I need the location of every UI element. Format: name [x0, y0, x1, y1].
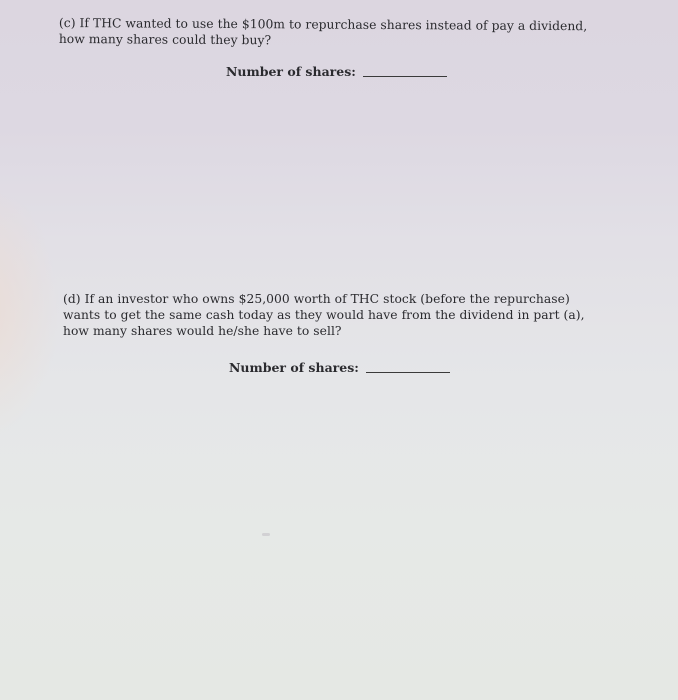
question-c-text: (c) If THC wanted to use the $100m to re…: [59, 15, 614, 50]
question-d-answer-row: Number of shares:: [229, 360, 450, 375]
question-c-answer-row: Number of shares:: [226, 64, 447, 79]
question-c-answer-label: Number of shares:: [226, 64, 356, 79]
question-d-answer-label: Number of shares:: [229, 360, 359, 375]
question-d-answer-blank[interactable]: [366, 360, 450, 373]
lighting-glare: [0, 180, 60, 440]
question-c-answer-blank[interactable]: [363, 64, 447, 77]
question-d-text: (d) If an investor who owns $25,000 wort…: [63, 291, 611, 339]
paper-speck: [262, 533, 270, 536]
